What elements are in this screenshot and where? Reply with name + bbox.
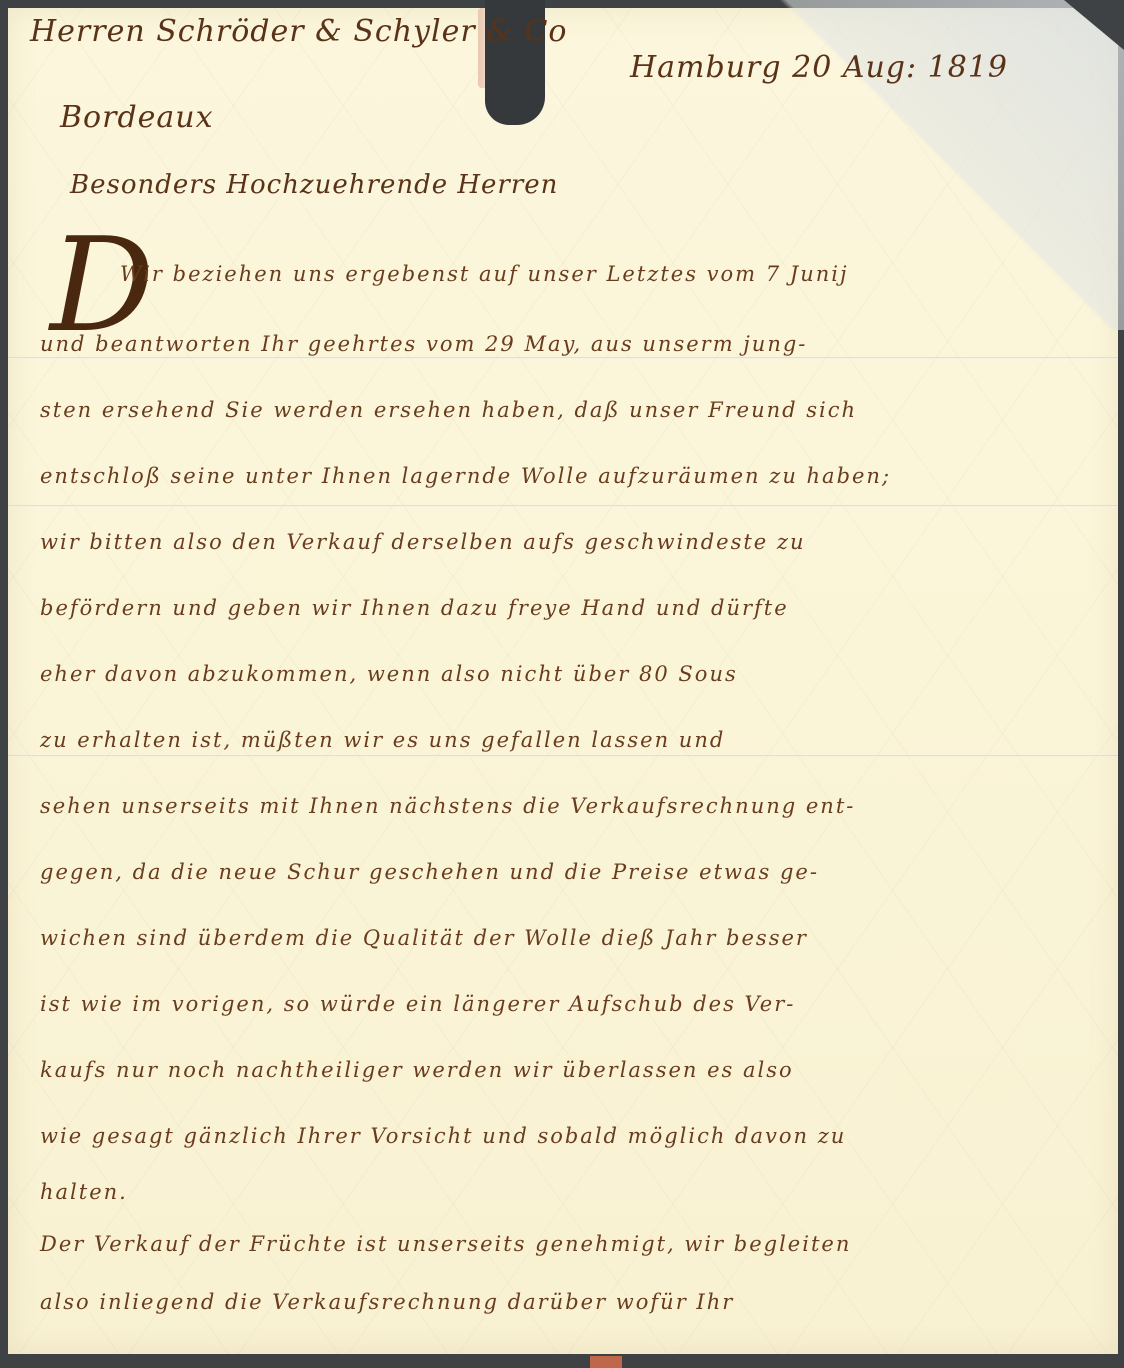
body-line: also inliegend die Verkaufsrechnung darü… [40, 1290, 734, 1314]
addressee: Herren Schröder & Schyler & Co [30, 14, 567, 49]
clipped-corner [1064, 0, 1124, 50]
body-line: und beantworten Ihr geehrtes vom 29 May,… [40, 332, 807, 356]
fold-line [8, 505, 1118, 507]
body-line: wichen sind überdem die Qualität der Wol… [40, 926, 808, 950]
fold-line [8, 357, 1118, 359]
body-line: Der Verkauf der Früchte ist unserseits g… [40, 1232, 851, 1256]
salutation: Besonders Hochzuehrende Herren [70, 170, 558, 200]
body-line: gegen, da die neue Schur geschehen und d… [40, 860, 819, 884]
body-line: eher davon abzukommen, wenn also nicht ü… [40, 662, 738, 686]
body-line: entschloß seine unter Ihnen lagernde Wol… [40, 464, 891, 488]
body-line: wir bitten also den Verkauf derselben au… [40, 530, 806, 554]
body-line: sten ersehend Sie werden ersehen haben, … [40, 398, 857, 422]
body-line: Wir beziehen uns ergebenst auf unser Let… [120, 262, 849, 286]
red-seal-remnant [590, 1356, 622, 1368]
body-line: kaufs nur noch nachtheiliger werden wir … [40, 1058, 794, 1082]
body-line: zu erhalten ist, müßten wir es uns gefal… [40, 728, 725, 752]
body-line: ist wie im vorigen, so würde ein längere… [40, 992, 795, 1016]
fold-line [8, 755, 1118, 757]
body-line: befördern und geben wir Ihnen dazu freye… [40, 596, 789, 620]
dateline: Hamburg 20 Aug: 1819 [630, 50, 1008, 85]
body-line: sehen unserseits mit Ihnen nächstens die… [40, 794, 855, 818]
destination-city: Bordeaux [60, 100, 214, 135]
body-line: wie gesagt gänzlich Ihrer Vorsicht und s… [40, 1124, 846, 1148]
body-line: halten. [40, 1180, 128, 1204]
